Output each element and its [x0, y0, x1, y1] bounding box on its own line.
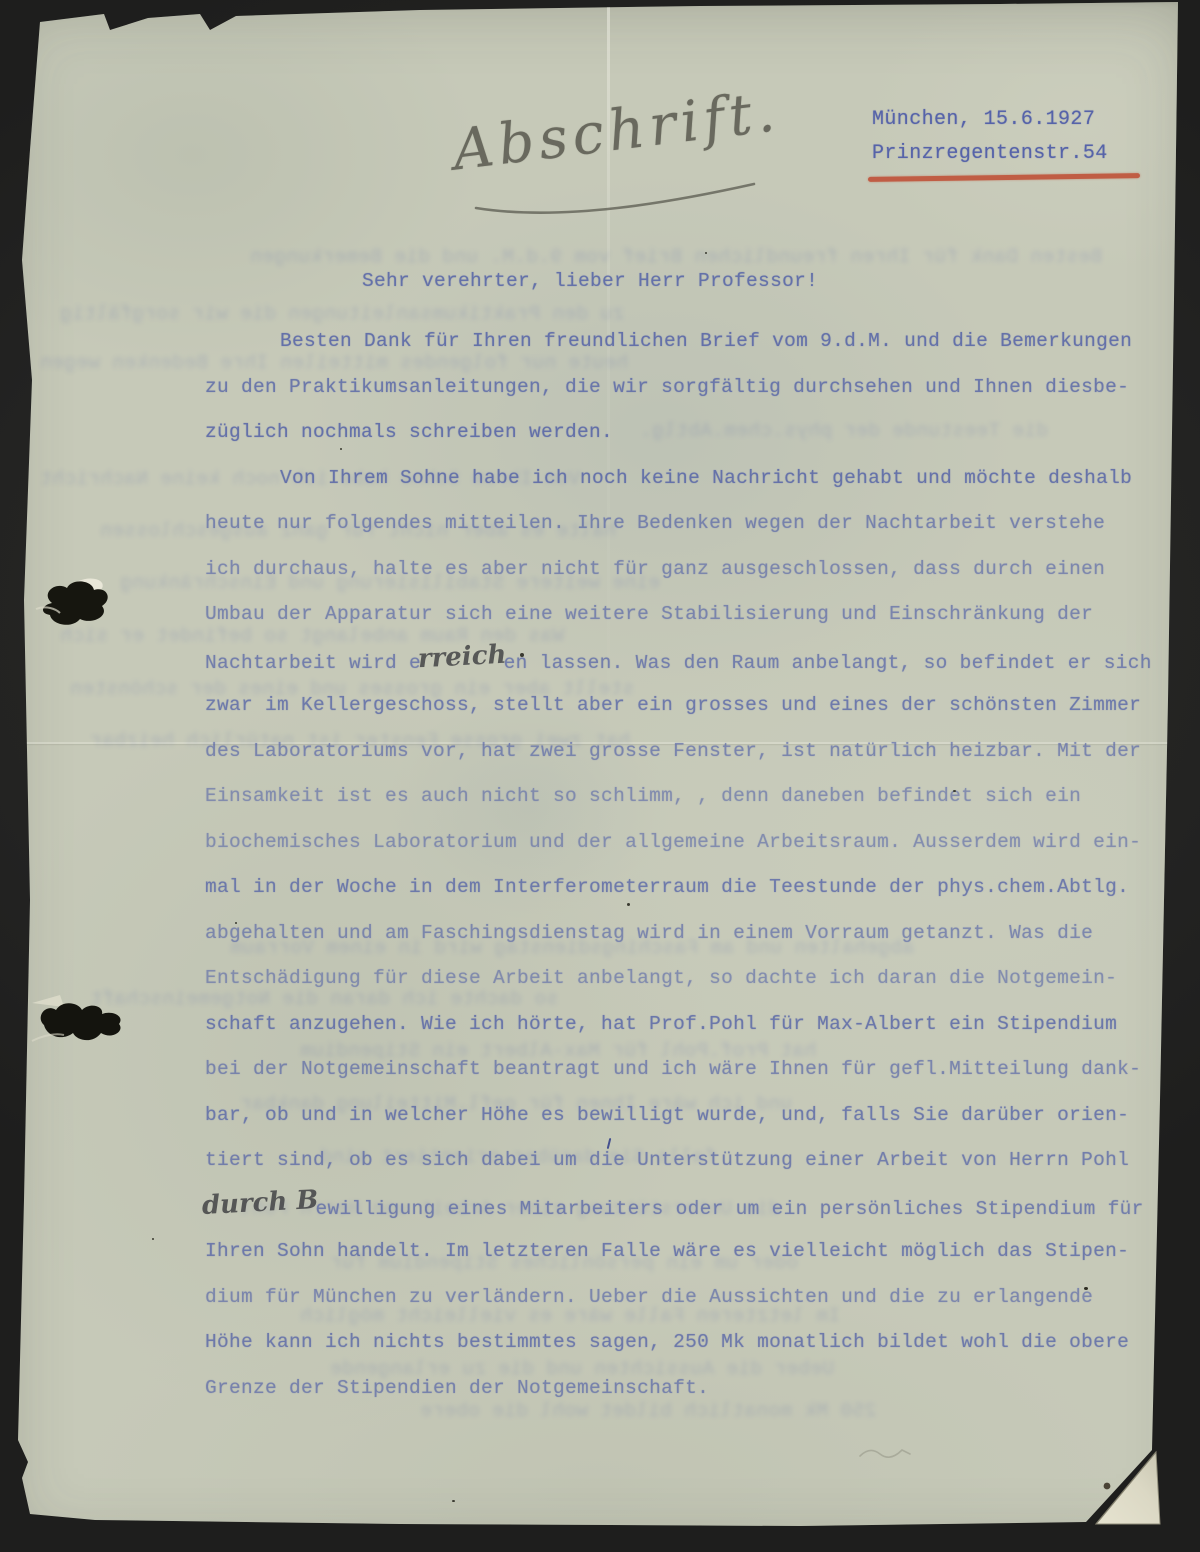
typed-text: ich durchaus, halte es aber nicht für ga… [205, 558, 1105, 580]
typed-text: bar, ob und in welcher Höhe es bewilligt… [205, 1104, 1129, 1126]
typed-text: Nachtarbeit wird e [205, 652, 421, 674]
letter-line: Einsamkeit ist es auch nicht so schlimm,… [205, 785, 1081, 807]
typed-text: Besten Dank für Ihren freundlichen Brief… [280, 330, 1132, 352]
typed-text: tiert sind, ob es sich dabei um die Unte… [205, 1149, 1129, 1171]
letter-line: Grenze der Stipendien der Notgemeinschaf… [205, 1377, 709, 1399]
letter-line: Von Ihrem Sohne habe ich noch keine Nach… [280, 467, 1132, 489]
bleedthrough-line: so dachte ich daran die Notgemeinschaft [90, 988, 558, 1010]
letter-line: Ihren Sohn handelt. Im letzteren Falle w… [205, 1240, 1129, 1262]
folded-corner [1080, 1440, 1176, 1532]
typed-text: Entschädigung für diese Arbeit anbelangt… [205, 967, 1117, 989]
pencil-scribble [858, 1442, 914, 1462]
bleedthrough-line: die Teestunde der phys.chem.Abtlg. [640, 420, 1048, 442]
typed-text: Von Ihrem Sohne habe ich noch keine Nach… [280, 467, 1132, 489]
letter-header: München, 15.6.1927 Prinzregentenstr.54 [872, 103, 1108, 171]
letter-line: schaft anzugehen. Wie ich hörte, hat Pro… [205, 1013, 1117, 1035]
typed-text: heute nur folgendes mitteilen. Ihre Bede… [205, 512, 1105, 534]
letter-line: durch Bewilligung eines Mitarbeiters ode… [205, 1195, 1144, 1220]
typed-text: des Laboratoriums vor, hat zwei grosse F… [205, 740, 1141, 762]
typed-text: bei der Notgemeinschaft beantragt und ic… [205, 1058, 1141, 1080]
paper-hole [30, 993, 146, 1053]
paper-speck [705, 252, 707, 254]
bleedthrough-line: 250 Mk monatlich bildet wohl die obere [420, 1400, 876, 1422]
letter-line: biochemisches Laboratorium und der allge… [205, 831, 1141, 853]
bleedthrough-line: Besten Dank für Ihren freundlichen Brief… [250, 246, 1102, 268]
paper-speck [627, 903, 630, 906]
paper-speck [340, 448, 342, 450]
typed-text: Ihren Sohn handelt. Im letzteren Falle w… [205, 1240, 1129, 1262]
paper-speck [520, 653, 524, 657]
letter-line: tiert sind, ob es sich dabei um die Unte… [205, 1149, 1129, 1171]
pencil-underline-stroke [468, 172, 768, 228]
typed-text: schaft anzugehen. Wie ich hörte, hat Pro… [205, 1013, 1117, 1035]
letter-line: ich durchaus, halte es aber nicht für ga… [205, 558, 1105, 580]
paper-speck [1084, 1287, 1088, 1290]
letter-line: Entschädigung für diese Arbeit anbelangt… [205, 967, 1117, 989]
typed-text: Umbau der Apparatur sich eine weitere St… [205, 603, 1093, 625]
letter-line: dium für München zu verländern. Ueber di… [205, 1286, 1093, 1308]
typed-text: zwar im Kellergeschoss, stellt aber ein … [205, 694, 1141, 716]
letter-line: Höhe kann ich nichts bestimmtes sagen, 2… [205, 1331, 1129, 1353]
paper-speck [235, 922, 237, 924]
letter-address: Prinzregentenstr.54 [872, 137, 1108, 171]
letter-line: bei der Notgemeinschaft beantragt und ic… [205, 1058, 1141, 1080]
handwritten-annotation: Abschrift. [449, 78, 794, 184]
typed-text: mal in der Woche in dem Interferometerra… [205, 876, 1129, 898]
typed-text: dium für München zu verländern. Ueber di… [205, 1286, 1093, 1308]
letter-line: Umbau der Apparatur sich eine weitere St… [205, 603, 1093, 625]
bleedthrough-line: zu den Praktikumsanleitungen die wir sor… [60, 303, 624, 325]
typed-text: ewilligung eines Mitarbeiters oder um ei… [316, 1198, 1144, 1220]
red-crayon-underline [868, 173, 1140, 182]
letter-line: des Laboratoriums vor, hat zwei grosse F… [205, 740, 1141, 762]
paper-speck [152, 1238, 154, 1240]
paper-speck [452, 1500, 455, 1502]
handwritten-correction: durch B [201, 1188, 319, 1216]
letter-line: mal in der Woche in dem Interferometerra… [205, 876, 1129, 898]
letter-line: Besten Dank für Ihren freundlichen Brief… [280, 330, 1132, 352]
letter-line: züglich nochmals schreiben werden. [205, 421, 613, 443]
letter-line: heute nur folgendes mitteilen. Ihre Bede… [205, 512, 1105, 534]
scanned-letter-page: Besten Dank für Ihren freundlichen Brief… [0, 0, 1200, 1552]
typed-text: züglich nochmals schreiben werden. [205, 421, 613, 443]
letter-line: zwar im Kellergeschoss, stellt aber ein … [205, 694, 1141, 716]
typed-text: Höhe kann ich nichts bestimmtes sagen, 2… [205, 1331, 1129, 1353]
letter-paper: Besten Dank für Ihren freundlichen Brief… [0, 0, 1200, 1552]
letter-line: bar, ob und in welcher Höhe es bewilligt… [205, 1104, 1129, 1126]
letter-date: München, 15.6.1927 [872, 103, 1108, 137]
bleedthrough-line: Im letzteren Falle wäre es vielleicht mö… [300, 1305, 840, 1327]
bleedthrough-line: heute nur folgendes mitteilen Ihre Beden… [40, 352, 628, 374]
typed-text: Grenze der Stipendien der Notgemeinschaf… [205, 1377, 709, 1399]
letter-line: abgehalten und am Faschingsdienstag wird… [205, 922, 1093, 944]
paper-speck [953, 790, 956, 792]
typed-text: en lassen. Was den Raum anbelangt, so be… [504, 652, 1152, 674]
typed-text: Einsamkeit ist es auch nicht so schlimm,… [205, 785, 1081, 807]
letter-salutation: Sehr verehrter, lieber Herr Professor! [362, 270, 818, 292]
paper-hole [30, 575, 126, 639]
typed-text: biochemisches Laboratorium und der allge… [205, 831, 1141, 853]
letter-line: Nachtarbeit wird erreichen lassen. Was d… [205, 649, 1152, 674]
handwritten-correction: rreich [417, 643, 507, 670]
typed-text: abgehalten und am Faschingsdienstag wird… [205, 922, 1093, 944]
letter-line: zu den Praktikumsanleitungen, die wir so… [205, 376, 1129, 398]
typed-text: zu den Praktikumsanleitungen, die wir so… [205, 376, 1129, 398]
